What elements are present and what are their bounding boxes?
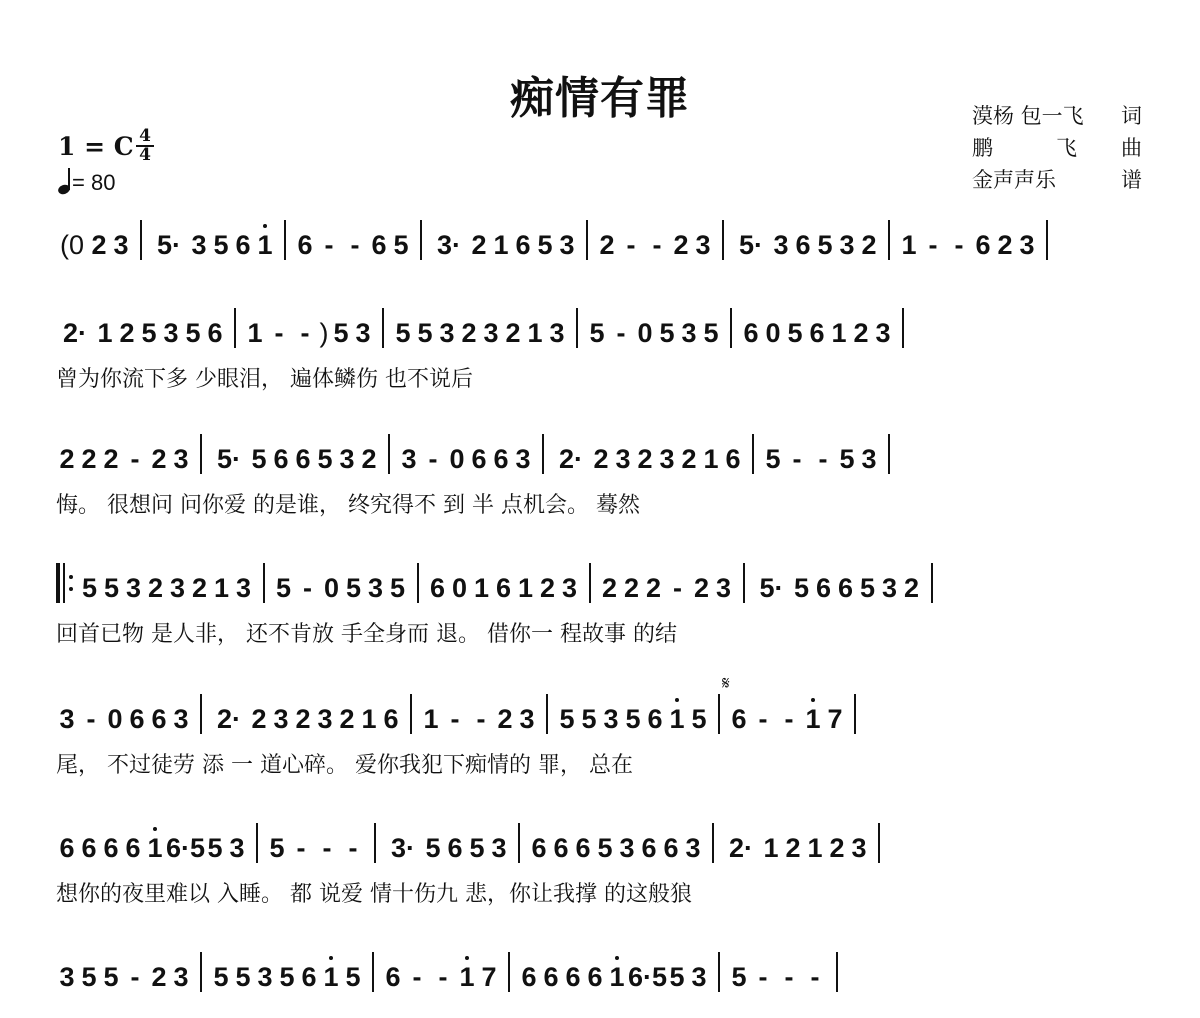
note: 3 [123, 573, 145, 603]
note: 6 [740, 318, 762, 348]
note: 2 [336, 704, 358, 734]
note: 6 [427, 573, 449, 603]
system-3: 222-235·5665323-06632·23232165--53 [56, 434, 1146, 474]
note: 3 [488, 833, 510, 863]
sustain-dash: - [292, 318, 318, 348]
time-signature: 4 4 [136, 128, 154, 164]
note: 2 [858, 230, 880, 260]
note: 6 [380, 704, 402, 734]
barline [1046, 220, 1048, 260]
note: 6 [56, 833, 78, 863]
note: 2· [210, 704, 248, 734]
sustain-dash: - [608, 318, 634, 348]
note: 1 [524, 318, 546, 348]
note: 1 [828, 318, 850, 348]
system-6: 666616·5535---3·5653666536632·12123 [56, 823, 1146, 863]
barline [576, 308, 578, 348]
sustain-dash: - [776, 962, 802, 992]
note: 6 [490, 444, 512, 474]
barline [546, 694, 548, 734]
note: 3 [656, 444, 678, 474]
note: 2 [468, 230, 490, 260]
note: 2 [56, 444, 78, 474]
note: 2 [145, 573, 167, 603]
note: 5 [342, 962, 364, 992]
note: 7 [824, 704, 846, 734]
lyrics-line-2: 曾为你流下多 少眼泪， 遍体鳞伤 也不说后 [56, 362, 1146, 393]
note: 5 [273, 573, 295, 603]
note: 6 [584, 962, 606, 992]
note: 1 [254, 230, 276, 260]
note: 3 [836, 230, 858, 260]
note: 5 [728, 962, 750, 992]
note: 2 [100, 444, 122, 474]
credits: 漠杨 包一飞词 鹏 飞曲 金声声乐谱 [972, 100, 1142, 196]
barline [888, 434, 890, 474]
note: 6 [292, 444, 314, 474]
sustain-dash: - [288, 833, 314, 863]
credit-role: 曲 [1121, 132, 1142, 164]
note: 3 [1016, 230, 1038, 260]
barline [263, 563, 265, 603]
note: 3 [692, 230, 714, 260]
note: 2 [458, 318, 480, 348]
note: 3 [314, 704, 336, 734]
note: 6·5 [166, 833, 204, 863]
barline [256, 823, 258, 863]
note: 6 [518, 962, 540, 992]
note: 3 [879, 573, 901, 603]
barline [420, 220, 422, 260]
note: 5 [836, 444, 858, 474]
note: 2 [78, 444, 100, 474]
note: 5 [791, 573, 813, 603]
note: 5 [556, 704, 578, 734]
lyrics-line-3: 悔。 很想问 问你爱 的是谁， 终究得不 到 半 点机会。 蓦然 [56, 488, 1146, 519]
note: 5 [466, 833, 488, 863]
sustain-dash: - [468, 704, 494, 734]
note: 1 [490, 230, 512, 260]
barline [589, 563, 591, 603]
note: 5 [204, 833, 226, 863]
note: 1 [606, 962, 628, 992]
note: 3 [270, 704, 292, 734]
note: 2 [116, 318, 138, 348]
system-4: 553232135-05356016123222-235·566532 [56, 563, 1146, 603]
note: 3· [384, 833, 422, 863]
note: 6 [728, 704, 750, 734]
note: 5 [138, 318, 160, 348]
note: 3· [430, 230, 468, 260]
note: 5 [392, 318, 414, 348]
sustain-dash: - [665, 573, 691, 603]
barline [931, 563, 933, 603]
note: 5· [753, 573, 791, 603]
note: 5 [857, 573, 879, 603]
note: 5 [266, 833, 288, 863]
note: 5 [210, 230, 232, 260]
lyrics-line-5: 尾， 不过徒劳 添 一 道心碎。 爱你我犯下痴情的 罪， 总在 [56, 748, 1146, 779]
note: 2· [552, 444, 590, 474]
note: 2 [634, 444, 656, 474]
note: 2 [670, 230, 692, 260]
tempo-value: = 80 [72, 170, 115, 195]
note: 5· [732, 230, 770, 260]
quarter-note-icon [58, 168, 72, 194]
note: 2 [292, 704, 314, 734]
note: 5 [688, 704, 710, 734]
note: 2 [88, 230, 110, 260]
barline [508, 952, 510, 992]
note: 6 [232, 230, 254, 260]
barline [730, 308, 732, 348]
sustain-dash: - [78, 704, 104, 734]
note: 0 [104, 704, 126, 734]
system-2: 2·1253561--)53553232135-05356056123 [56, 308, 1146, 348]
note: 3 [110, 230, 132, 260]
barline [140, 220, 142, 260]
barline [854, 694, 856, 734]
note: 6 [528, 833, 550, 863]
note: 2 [148, 444, 170, 474]
sustain-dash: - [420, 444, 446, 474]
note: 6 [638, 833, 660, 863]
note: 3 [848, 833, 870, 863]
tempo-marking: = 80 [58, 168, 115, 196]
note: 3 [436, 318, 458, 348]
note: 6 [572, 833, 594, 863]
sustain-dash: - [342, 230, 368, 260]
note: 6 [806, 318, 828, 348]
note: 1 [760, 833, 782, 863]
note: 5 [414, 318, 436, 348]
credit-name: 金声声乐 [972, 164, 1056, 196]
sustain-dash: - [750, 704, 776, 734]
note: 5 [101, 573, 123, 603]
note: 6·5 [628, 962, 666, 992]
sustain-dash: - [314, 833, 340, 863]
note: 5· [210, 444, 248, 474]
note: 6 [298, 962, 320, 992]
note: ) [318, 318, 330, 348]
system-5: 3-06632·23232161--2355356156--17 [56, 694, 1146, 734]
barline [284, 220, 286, 260]
note: 3 [233, 573, 255, 603]
note: 5 [390, 230, 412, 260]
barline [388, 434, 390, 474]
barline [372, 952, 374, 992]
note: 5 [700, 318, 722, 348]
sustain-dash: - [295, 573, 321, 603]
note: 3 [56, 704, 78, 734]
note: 6 [444, 833, 466, 863]
note: 3 [713, 573, 735, 603]
sustain-dash: - [316, 230, 342, 260]
note: 5 [182, 318, 204, 348]
note: 6 [468, 444, 490, 474]
sustain-dash: - [644, 230, 670, 260]
barline [200, 952, 202, 992]
note: 5 [656, 318, 678, 348]
note: 0 [449, 573, 471, 603]
note: 7 [478, 962, 500, 992]
note: 3 [170, 962, 192, 992]
note: 2 [358, 444, 380, 474]
sustain-dash: - [122, 444, 148, 474]
note: 2 [502, 318, 524, 348]
sustain-dash: - [946, 230, 972, 260]
note: 3 [516, 704, 538, 734]
sustain-dash: - [802, 962, 828, 992]
note: 0 [446, 444, 468, 474]
barline [374, 823, 376, 863]
system-1: (0235·35616--653·216532--235·365321--623 [56, 220, 1146, 260]
note: 3 [365, 573, 387, 603]
note: 5 [100, 962, 122, 992]
note: 1 [471, 573, 493, 603]
note: 6 [204, 318, 226, 348]
note: 2 [590, 444, 612, 474]
note: (0 [56, 230, 88, 260]
note: 6 [562, 962, 584, 992]
note: 2 [248, 704, 270, 734]
note: 2 [782, 833, 804, 863]
note: 3 [616, 833, 638, 863]
note: 3 [612, 444, 634, 474]
note: 6 [294, 230, 316, 260]
barline [902, 308, 904, 348]
note: 5 [666, 962, 688, 992]
note: 3 [188, 230, 210, 260]
note: 3 [56, 962, 78, 992]
credit-role: 谱 [1121, 164, 1142, 196]
lyrics-line-4: 回首已物 是人非， 还不肯放 手全身而 退。 借你一 程故事 的结 [56, 617, 1146, 648]
barline [200, 434, 202, 474]
note: 2 [643, 573, 665, 603]
note: 6 [550, 833, 572, 863]
note: 5 [232, 962, 254, 992]
lyrics-line-6: 想你的夜里难以 入睡。 都 说爱 情十伤九 悲，你让我撑 的这般狼 [56, 877, 1146, 908]
sustain-dash: - [618, 230, 644, 260]
note: 2 [621, 573, 643, 603]
note: 2 [901, 573, 923, 603]
note: 6 [493, 573, 515, 603]
sustain-dash: - [404, 962, 430, 992]
note: 3 [226, 833, 248, 863]
barline [718, 694, 720, 734]
note: 6 [270, 444, 292, 474]
note: 6 [722, 444, 744, 474]
note: 0 [321, 573, 343, 603]
barline [234, 308, 236, 348]
note: 3 [160, 318, 182, 348]
barline [722, 220, 724, 260]
sustain-dash: - [340, 833, 366, 863]
note: 1 [802, 704, 824, 734]
segno-icon: 𝄋 [722, 673, 730, 694]
sustain-dash: - [784, 444, 810, 474]
note: 3 [480, 318, 502, 348]
barline [542, 434, 544, 474]
note: 1 [456, 962, 478, 992]
barline [586, 220, 588, 260]
credit-transcriber: 金声声乐谱 [972, 164, 1142, 196]
note: 2 [850, 318, 872, 348]
note: 5 [210, 962, 232, 992]
note: 5 [784, 318, 806, 348]
note: 1 [320, 962, 342, 992]
note: 3 [546, 318, 568, 348]
note: 3 [559, 573, 581, 603]
barline [888, 220, 890, 260]
note: 2 [826, 833, 848, 863]
note: 2 [189, 573, 211, 603]
note: 0 [634, 318, 656, 348]
note: 3 [167, 573, 189, 603]
note: 0 [762, 318, 784, 348]
sustain-dash: - [776, 704, 802, 734]
note: 6 [813, 573, 835, 603]
note: 2 [599, 573, 621, 603]
note: 6 [126, 704, 148, 734]
note: 6 [835, 573, 857, 603]
note: 2 [691, 573, 713, 603]
note: 6 [148, 704, 170, 734]
note: 5 [276, 962, 298, 992]
note: 3 [688, 962, 710, 992]
credit-role: 词 [1121, 100, 1142, 132]
note: 3 [512, 444, 534, 474]
note: 5 [314, 444, 336, 474]
note: 5 [422, 833, 444, 863]
credit-name: 鹏 飞 [972, 132, 1077, 164]
note: 2 [148, 962, 170, 992]
note: 1 [700, 444, 722, 474]
note: 2 [596, 230, 618, 260]
time-signature-bottom: 4 [136, 147, 154, 164]
note: 2· [56, 318, 94, 348]
note: 5 [762, 444, 784, 474]
barline [417, 563, 419, 603]
note: 5 [814, 230, 836, 260]
barline [878, 823, 880, 863]
note: 6 [512, 230, 534, 260]
note: 3 [556, 230, 578, 260]
note: 5 [594, 833, 616, 863]
credit-name: 漠杨 包一飞 [972, 100, 1084, 132]
sustain-dash: - [920, 230, 946, 260]
note: 5 [387, 573, 409, 603]
sustain-dash: - [122, 962, 148, 992]
barline [752, 434, 754, 474]
sustain-dash: - [430, 962, 456, 992]
note: 5 [330, 318, 352, 348]
note: 1 [898, 230, 920, 260]
note: 6 [122, 833, 144, 863]
note: 2 [537, 573, 559, 603]
note: 3 [770, 230, 792, 260]
note: 3 [600, 704, 622, 734]
system-7: 355-2355356156--17666616·5535--- [56, 952, 1146, 992]
note: 3 [254, 962, 276, 992]
note: 1 [420, 704, 442, 734]
barline [382, 308, 384, 348]
note: 6 [972, 230, 994, 260]
note: 6 [540, 962, 562, 992]
barline [712, 823, 714, 863]
note: 1 [515, 573, 537, 603]
note: 2 [494, 704, 516, 734]
sustain-dash: - [266, 318, 292, 348]
note: 3 [170, 704, 192, 734]
repeat-start-icon [56, 563, 73, 603]
note: 6 [792, 230, 814, 260]
barline [836, 952, 838, 992]
sustain-dash: - [750, 962, 776, 992]
note: 6 [644, 704, 666, 734]
barline [743, 563, 745, 603]
note: 1 [144, 833, 166, 863]
note: 3 [352, 318, 374, 348]
note: 6 [100, 833, 122, 863]
barline [200, 694, 202, 734]
barline [718, 952, 720, 992]
note: 1 [804, 833, 826, 863]
sustain-dash: - [442, 704, 468, 734]
note: 1 [94, 318, 116, 348]
note: 5 [248, 444, 270, 474]
note: 6 [78, 833, 100, 863]
note: 6 [660, 833, 682, 863]
note: 6 [382, 962, 404, 992]
note: 5· [150, 230, 188, 260]
credit-lyricist: 漠杨 包一飞词 [972, 100, 1142, 132]
barline [518, 823, 520, 863]
barline [410, 694, 412, 734]
key-signature: 1 = C [58, 132, 134, 161]
credit-composer: 鹏 飞曲 [972, 132, 1142, 164]
sustain-dash: - [810, 444, 836, 474]
note: 1 [211, 573, 233, 603]
note: 3 [872, 318, 894, 348]
note: 3 [398, 444, 420, 474]
note: 3 [858, 444, 880, 474]
note: 3 [682, 833, 704, 863]
note: 1 [358, 704, 380, 734]
note: 5 [78, 962, 100, 992]
note: 3 [678, 318, 700, 348]
note: 5 [534, 230, 556, 260]
note: 1 [244, 318, 266, 348]
note: 2· [722, 833, 760, 863]
note: 5 [343, 573, 365, 603]
note: 2 [994, 230, 1016, 260]
note: 6 [368, 230, 390, 260]
note: 3 [170, 444, 192, 474]
note: 2 [678, 444, 700, 474]
note: 5 [79, 573, 101, 603]
note: 5 [586, 318, 608, 348]
note: 3 [336, 444, 358, 474]
note: 1 [666, 704, 688, 734]
note: 5 [622, 704, 644, 734]
note: 5 [578, 704, 600, 734]
